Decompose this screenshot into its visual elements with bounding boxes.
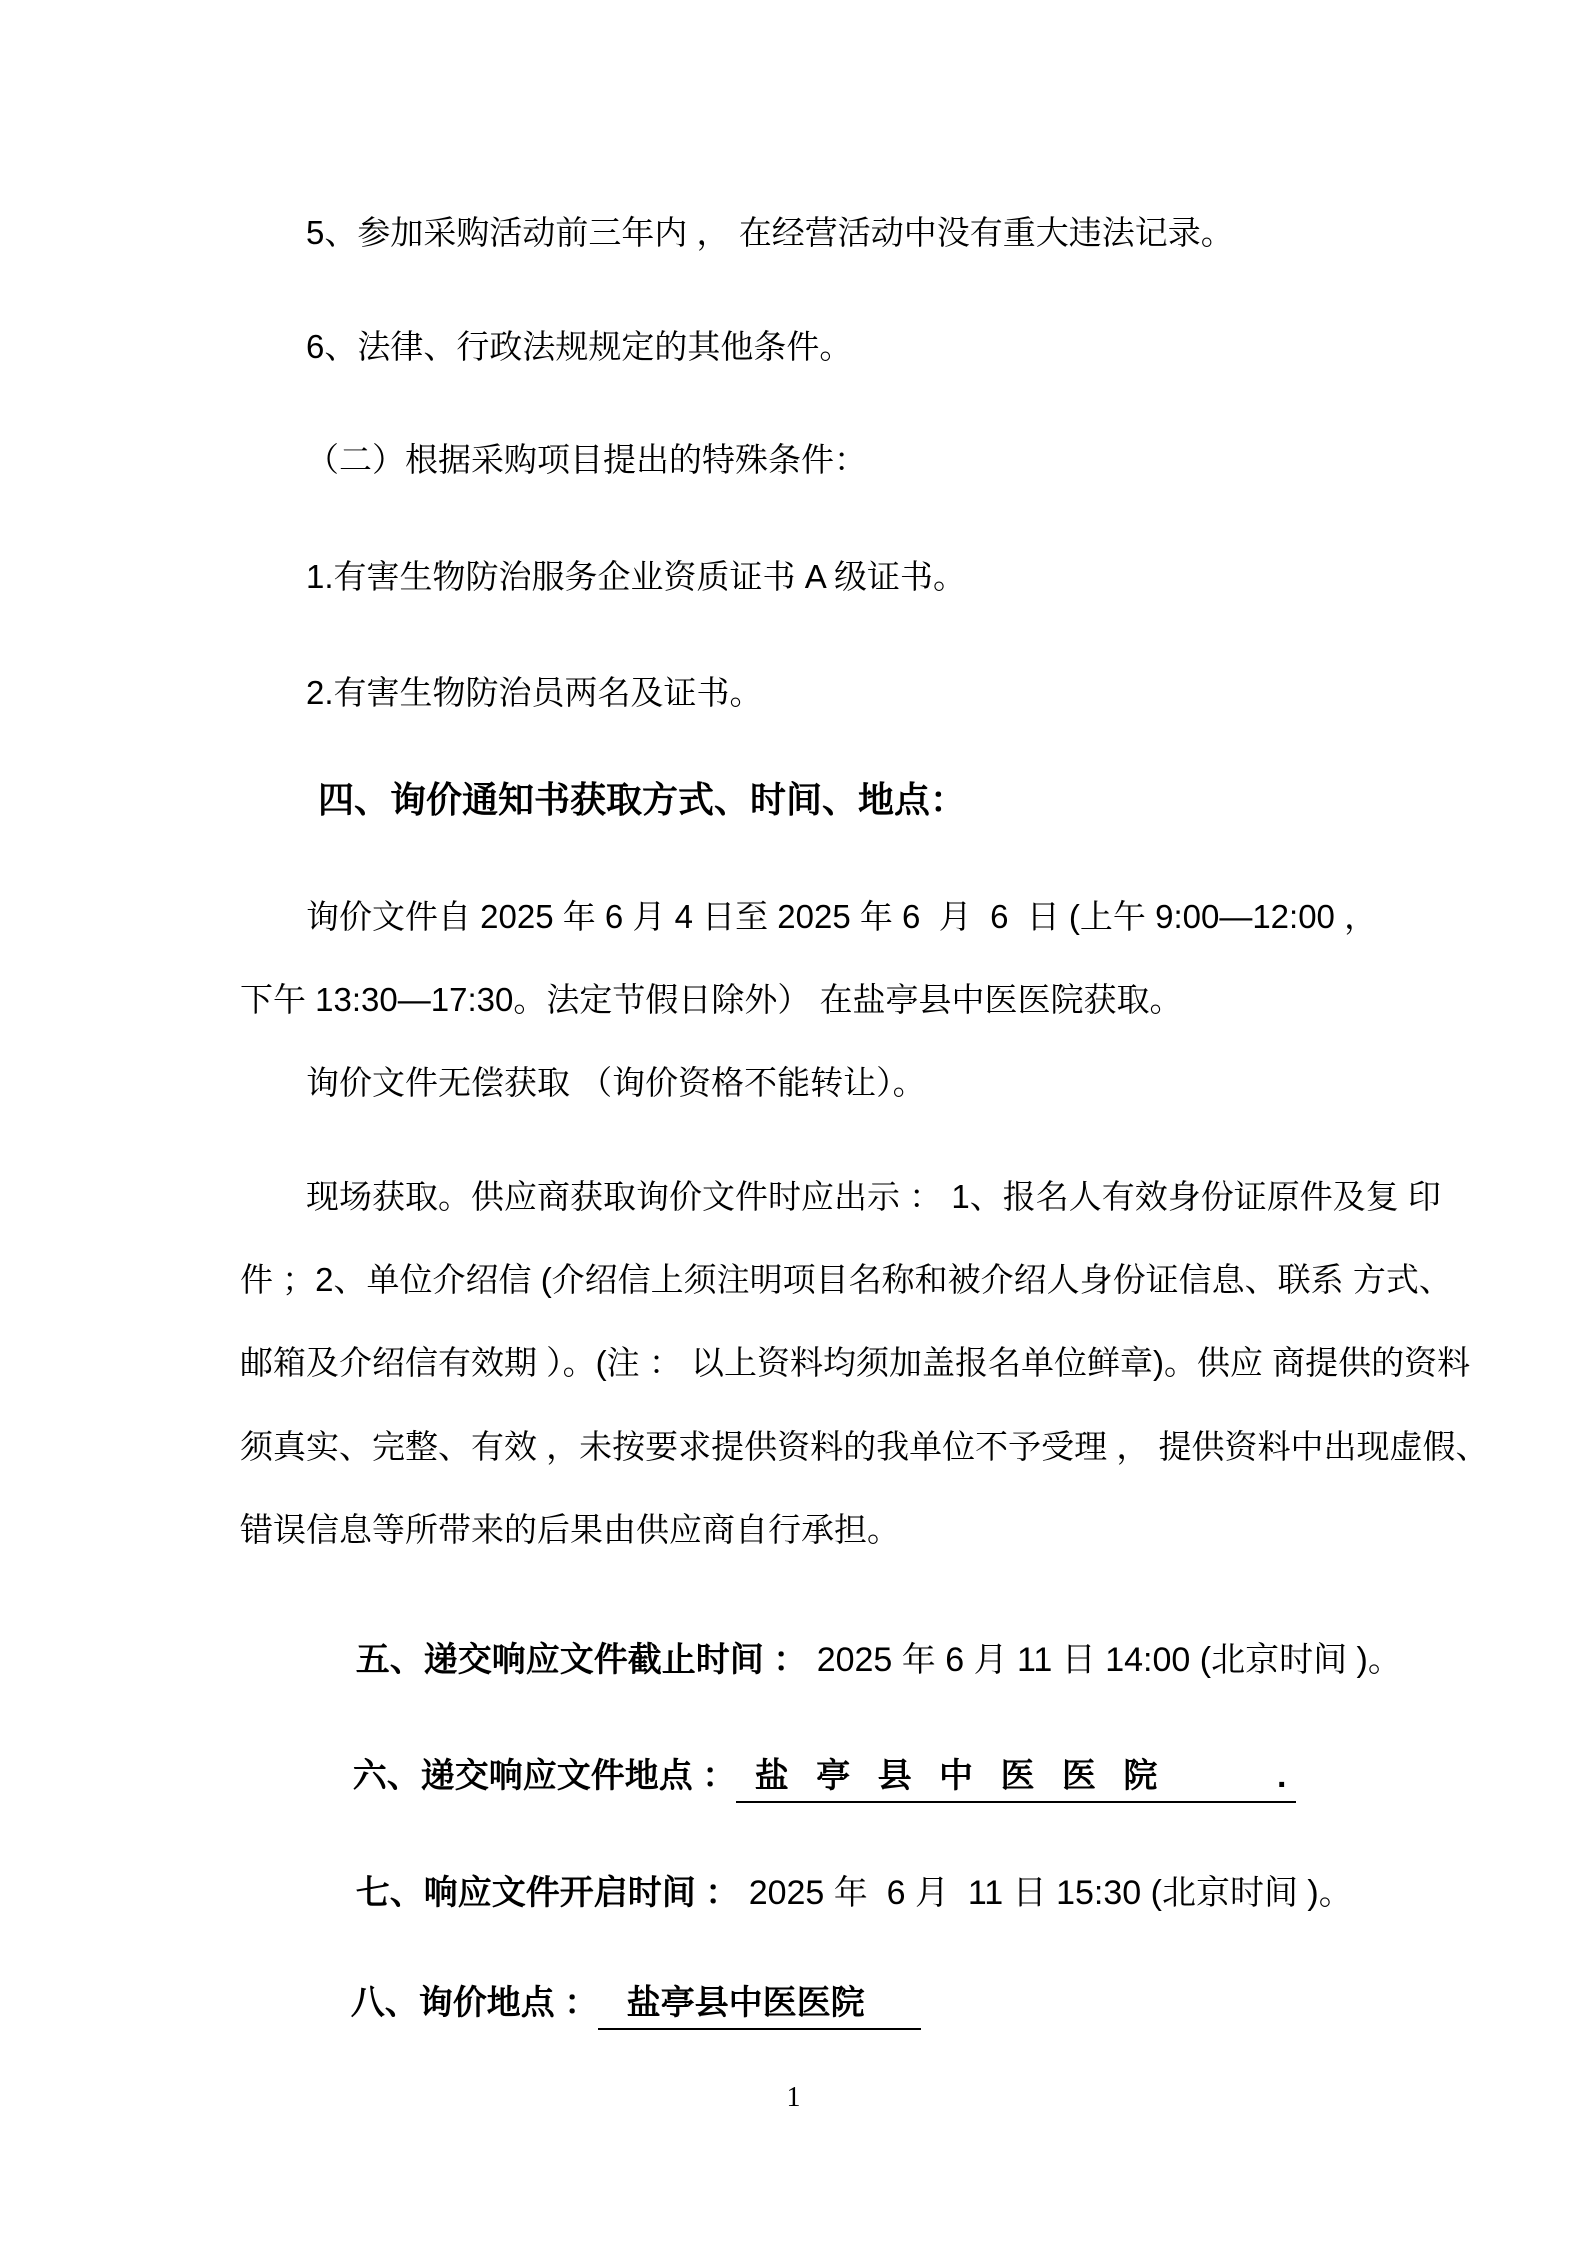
onsite-paragraph-line-2: 件 ；2、单位介绍信 (介绍信上须注明项目名称和被介绍人身份证信息、联系 方式、 <box>240 1260 1452 1300</box>
section-5-line: 五、递交响应文件截止时间 ： 2025 年 6 月 11 日 14:00 (北京… <box>318 1597 1402 1723</box>
section-5-value: 2025 年 6 月 11 日 14:00 (北京时间 )。 <box>807 1641 1402 1679</box>
page-number: 1 <box>0 2078 1587 2118</box>
special-condition-2: 2.有害生物防治员两名及证书。 <box>306 673 763 713</box>
section-6-heading: 六、递交响应文件地点 ： <box>353 1757 736 1795</box>
special-conditions-heading: （二）根据采购项目提出的特殊条件： <box>306 440 867 480</box>
section-8-line: 八、询价地点 ： 盐亭县中医医院 <box>313 1940 921 2066</box>
section-7-line: 七、响应文件开启时间 ： 2025 年 6 月 11 日 15:30 (北京时间… <box>318 1830 1353 1956</box>
clause-6: 6、法律、行政法规规定的其他条件。 <box>306 327 852 367</box>
special-condition-1: 1.有害生物防治服务企业资质证书 A 级证书。 <box>306 557 966 597</box>
onsite-paragraph-line-5: 错误信息等所带来的后果由供应商自行承担。 <box>240 1510 900 1550</box>
section-4-heading: 四、询价通知书获取方式、时间、地点： <box>318 778 966 822</box>
section-6-location-underlined: 盐 亭 县 中 医 医 院 . <box>736 1757 1295 1803</box>
free-obtain-line: 询价文件无偿获取 （询价资格不能转让）。 <box>306 1063 926 1103</box>
section-6-line: 六、递交响应文件地点 ： 盐 亭 县 中 医 医 院 . <box>315 1713 1296 1839</box>
section-7-value: 2025 年 6 月 11 日 15:30 (北京时间 )。 <box>739 1874 1352 1912</box>
section-8-location-underlined: 盐亭县中医医院 <box>598 1984 921 2030</box>
onsite-paragraph-line-4: 须真实、完整、有效 ，未按要求提供资料的我单位不予受理 ， 提供资料中出现虚假、 <box>240 1427 1489 1467</box>
obtain-paragraph-line-2: 下午 13:30—17:30。法定节假日除外） 在盐亭县中医医院获取。 <box>240 980 1183 1020</box>
section-7-heading: 七、响应文件开启时间 ： <box>356 1874 739 1912</box>
section-5-heading: 五、递交响应文件截止时间 ： <box>356 1641 807 1679</box>
document-page: 5、参加采购活动前三年内 ， 在经营活动中没有重大违法记录。 6、法律、行政法规… <box>0 0 1587 2245</box>
section-8-heading: 八、询价地点 ： <box>351 1984 598 2022</box>
onsite-paragraph-line-1: 现场获取。供应商获取询价文件时应出示 ： 1、报名人有效身份证原件及复 印 <box>306 1177 1441 1217</box>
obtain-paragraph-line-1: 询价文件自 2025 年 6 月 4 日至 2025 年 6 月 6 日 (上午… <box>306 897 1377 937</box>
onsite-paragraph-line-3: 邮箱及介绍信有效期 ）。(注 ： 以上资料均须加盖报名单位鲜章)。供应 商提供的… <box>240 1343 1470 1383</box>
clause-5: 5、参加采购活动前三年内 ， 在经营活动中没有重大违法记录。 <box>306 213 1234 253</box>
